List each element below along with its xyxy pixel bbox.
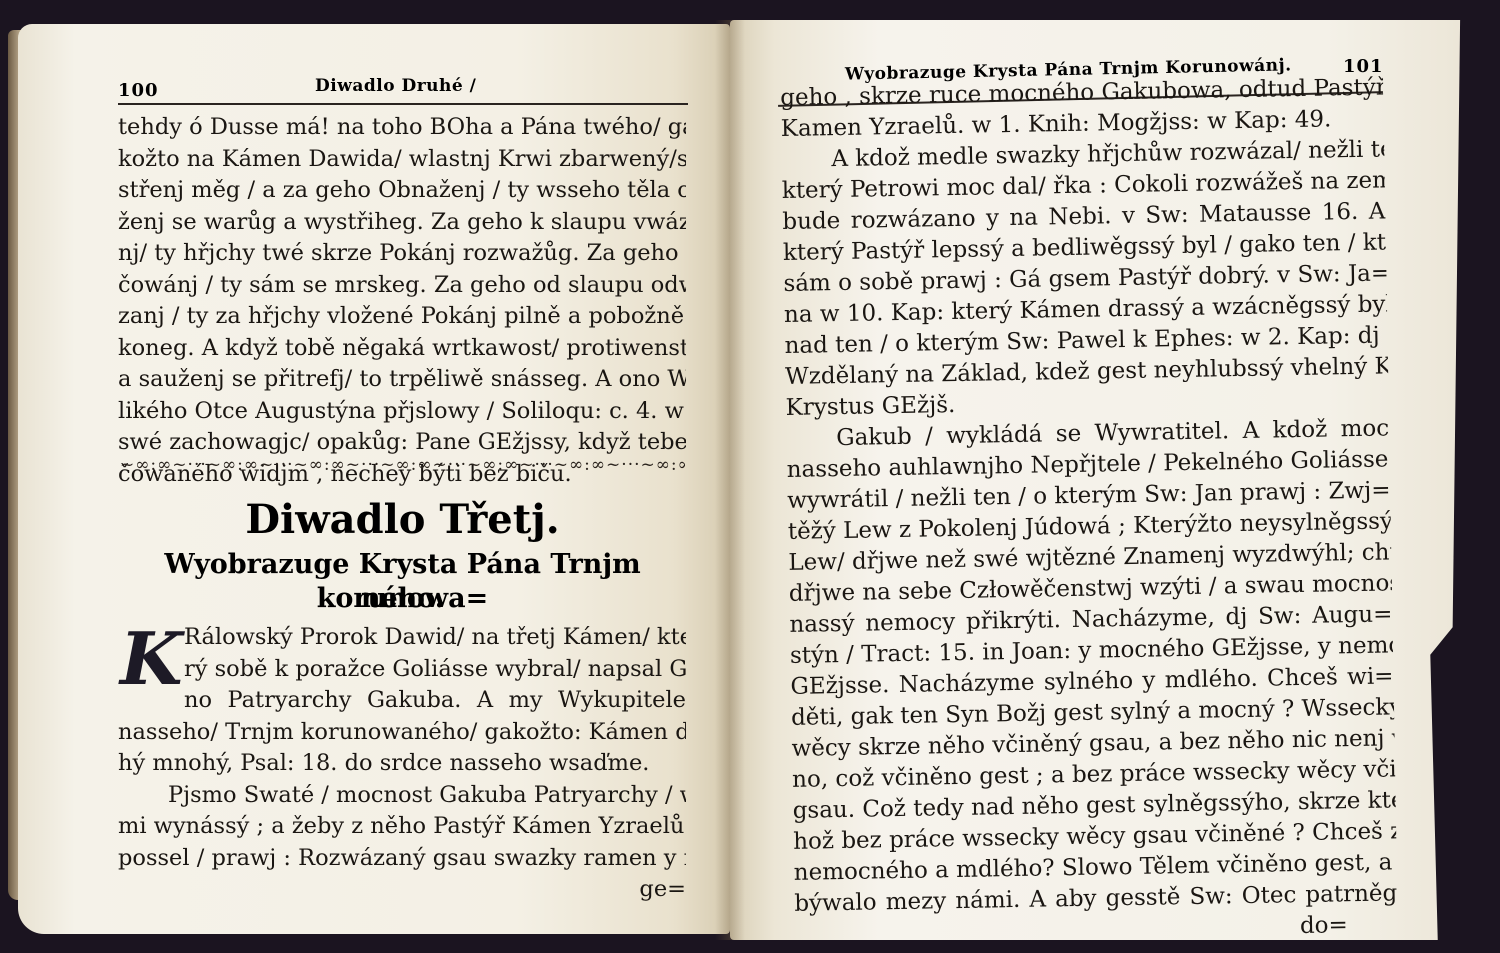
text-line: swé zachowagjc/ opakůg: Pane GEžjssy, kd… bbox=[118, 427, 686, 459]
chapter-subtitle-continuation: ného. bbox=[120, 582, 685, 616]
text-line: rý sobě k poražce Goliásse wybral/ napsa… bbox=[118, 654, 686, 686]
text-line: likého Otce Augustýna přjslowy / Soliloq… bbox=[118, 396, 686, 428]
text-line: possel / prawj : Rozwázaný gsau swazky r… bbox=[118, 843, 686, 875]
left-running-head: Diwadlo Druhé / bbox=[315, 76, 476, 96]
gutter bbox=[715, 20, 745, 940]
text-line: zanj / ty za hřjchy vložené Pokánj pilně… bbox=[118, 301, 686, 333]
right-text: geho , skrze ruce mocného Gakubowa, odtu… bbox=[780, 72, 1398, 950]
left-text-top: tehdy ó Dusse má! na toho BOha a Pána tw… bbox=[118, 112, 686, 490]
text-line: a sauženj se přitrefj/ to trpěliwě snáss… bbox=[118, 364, 686, 396]
text-line: ženj se warůg a wystřiheg. Za geho k sla… bbox=[118, 207, 686, 239]
text-line: střenj měg / a za geho Obnaženj / ty wss… bbox=[118, 175, 686, 207]
text-line: tehdy ó Dusse má! na toho BOha a Pána tw… bbox=[118, 112, 686, 144]
text-line: kožto na Kámen Dawida/ wlastnj Krwi zbar… bbox=[118, 144, 686, 176]
text-line: hý mnohý, Psal: 18. do srdce nasseho wsa… bbox=[118, 748, 686, 780]
text-line: nasseho/ Trnjm korunowaného/ gakožto: Ká… bbox=[118, 717, 686, 749]
header-rule bbox=[118, 103, 688, 105]
text-line: čowánj / ty sám se mrskeg. Za geho od sl… bbox=[118, 270, 686, 302]
text-line: koneg. A když tobě něgaká wrtkawost/ pro… bbox=[118, 333, 686, 365]
text-line: Rálowský Prorok Dawid/ na třetj Kámen/ k… bbox=[118, 622, 686, 654]
left-text-bottom: Rálowský Prorok Dawid/ na třetj Kámen/ k… bbox=[118, 622, 686, 906]
text-line: no Patryarchy Gakuba. A my Wykupitele bbox=[118, 685, 686, 717]
ornamental-divider: ~∞:∞~···~∞:∞~···~∞:∞~···~∞:∞~···~∞:∞~···… bbox=[120, 455, 685, 477]
catchword: ge= bbox=[118, 874, 686, 906]
text-line: nj/ ty hřjchy twé skrze Pokánj rozwažůg.… bbox=[118, 238, 686, 270]
text-line: Pjsmo Swaté / mocnost Gakuba Patryarchy … bbox=[118, 780, 686, 812]
text-line: mi wynássý ; a žeby z něho Pastýř Kámen … bbox=[118, 811, 686, 843]
left-page-number: 100 bbox=[118, 80, 159, 101]
open-book: 100 Diwadlo Druhé / tehdy ó Dusse má! na… bbox=[0, 0, 1500, 953]
chapter-title: Diwadlo Třetj. bbox=[120, 496, 685, 544]
